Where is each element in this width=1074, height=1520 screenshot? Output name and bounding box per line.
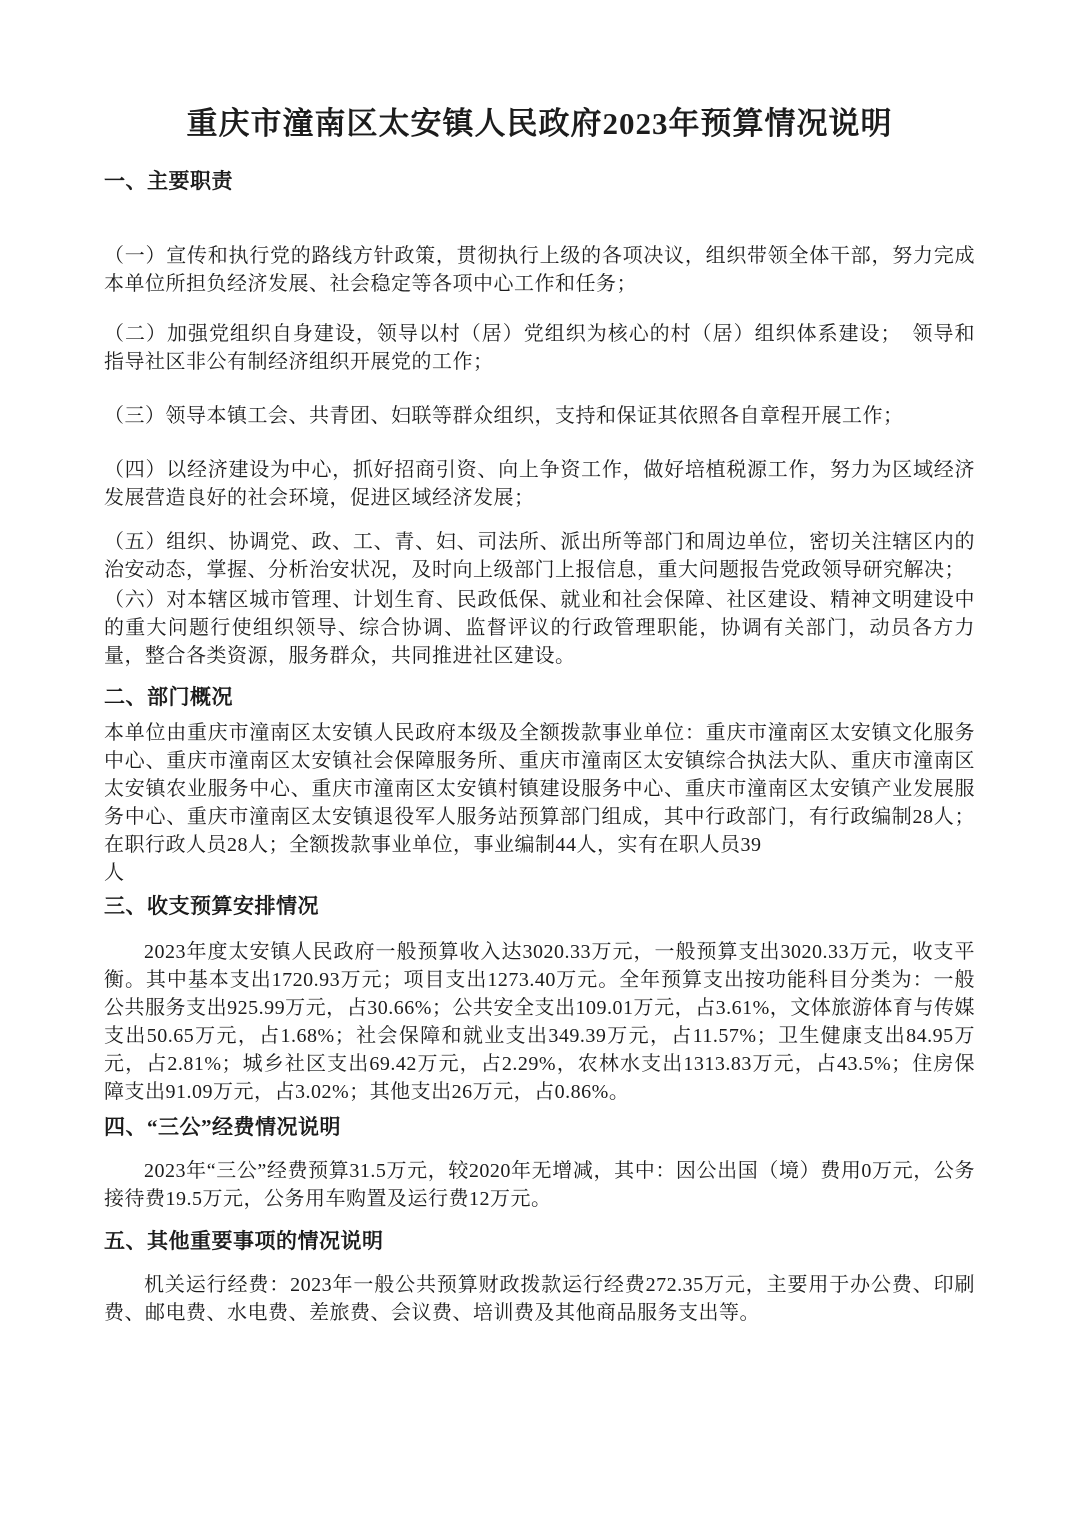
section-heading-budget-arrangement: 三、收支预算安排情况 [104, 893, 975, 919]
duty-paragraph-3: （三）领导本镇工会、共青团、妇联等群众组织，支持和保证其依照各自章程开展工作； [104, 402, 975, 430]
section-heading-main-duties: 一、主要职责 [104, 168, 975, 194]
section-heading-san-gong-expenses: 四、“三公”经费情况说明 [104, 1114, 975, 1140]
section-budget-arrangement: 三、收支预算安排情况 2023年度太安镇人民政府一般预算收入达3020.33万元… [104, 893, 975, 1106]
document-page: 重庆市潼南区太安镇人民政府2023年预算情况说明 一、主要职责 （一）宣传和执行… [0, 0, 1074, 1520]
duty-paragraph-6: （六）对本辖区城市管理、计划生育、民政低保、就业和社会保障、社区建设、精神文明建… [104, 586, 975, 670]
section-main-duties: 一、主要职责 （一）宣传和执行党的路线方针政策，贯彻执行上级的各项决议，组织带领… [104, 168, 975, 670]
san-gong-expenses-paragraph: 2023年“三公”经费预算31.5万元，较2020年无增减，其中：因公出国（境）… [104, 1157, 975, 1213]
duty-paragraph-5: （五）组织、协调党、政、工、青、妇、司法所、派出所等部门和周边单位，密切关注辖区… [104, 528, 975, 584]
section-heading-department-overview: 二、部门概况 [104, 684, 975, 710]
duty-paragraph-4: （四）以经济建设为中心，抓好招商引资、向上争资工作，做好培植税源工作，努力为区域… [104, 456, 975, 512]
duty-paragraph-2: （二）加强党组织自身建设，领导以村（居）党组织为核心的村（居）组织体系建设； 领… [104, 320, 975, 376]
section-other-important-matters: 五、其他重要事项的情况说明 机关运行经费：2023年一般公共预算财政拨款运行经费… [104, 1228, 975, 1327]
budget-arrangement-paragraph: 2023年度太安镇人民政府一般预算收入达3020.33万元，一般预算支出3020… [104, 938, 975, 1106]
document-title: 重庆市潼南区太安镇人民政府2023年预算情况说明 [104, 102, 975, 146]
other-important-matters-paragraph: 机关运行经费：2023年一般公共预算财政拨款运行经费272.35万元，主要用于办… [104, 1271, 975, 1327]
department-overview-paragraph: 本单位由重庆市潼南区太安镇人民政府本级及全额拨款事业单位：重庆市潼南区太安镇文化… [104, 719, 975, 859]
section-san-gong-expenses: 四、“三公”经费情况说明 2023年“三公”经费预算31.5万元，较2020年无… [104, 1114, 975, 1213]
section-heading-other-important-matters: 五、其他重要事项的情况说明 [104, 1228, 975, 1254]
duty-paragraph-1: （一）宣传和执行党的路线方针政策，贯彻执行上级的各项决议，组织带领全体干部，努力… [104, 242, 975, 298]
section-department-overview: 二、部门概况 本单位由重庆市潼南区太安镇人民政府本级及全额拨款事业单位：重庆市潼… [104, 684, 975, 887]
department-overview-orphan-char: 人 [104, 859, 975, 887]
document-content: 重庆市潼南区太安镇人民政府2023年预算情况说明 一、主要职责 （一）宣传和执行… [0, 0, 1074, 1327]
